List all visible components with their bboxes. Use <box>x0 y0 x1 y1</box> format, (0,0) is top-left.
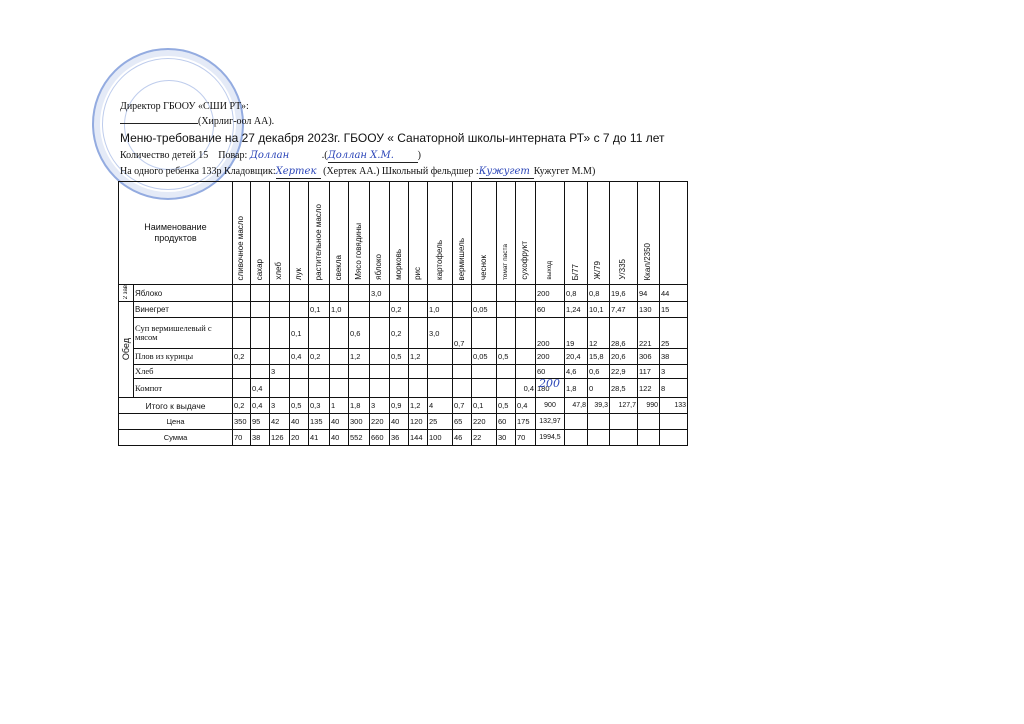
cell <box>330 365 349 379</box>
cell <box>565 414 588 430</box>
cell <box>233 379 251 398</box>
cell <box>233 302 251 318</box>
cell: 127,7 <box>610 398 638 414</box>
cell <box>428 365 453 379</box>
totals-label: Цена <box>119 414 233 430</box>
cell <box>270 285 290 302</box>
cell: 0,7 <box>453 398 472 414</box>
director-signature-line: (Хирлиг-оол АА). <box>120 116 274 128</box>
column-header: картофель <box>428 182 453 285</box>
cell: 19,6 <box>610 285 638 302</box>
cell <box>516 302 536 318</box>
cell: 135 <box>309 414 330 430</box>
cell: 36 <box>390 430 409 446</box>
cell: 117 <box>638 365 660 379</box>
cell: 306 <box>638 349 660 365</box>
cell: 38 <box>660 349 688 365</box>
table-row: 2 завЯблоко3,02000,80,819,69444 <box>119 285 688 302</box>
cell <box>290 379 309 398</box>
cell <box>472 365 497 379</box>
cell <box>497 285 516 302</box>
meal-group-label: 2 зав <box>119 285 134 302</box>
cell: 1,2 <box>409 398 428 414</box>
cell: 990 <box>638 398 660 414</box>
table-row: Компот0,40,41802001,8028,51228 <box>119 379 688 398</box>
cell <box>428 379 453 398</box>
column-header <box>660 182 688 285</box>
cell <box>610 414 638 430</box>
column-header: Ж/79 <box>588 182 610 285</box>
cell <box>516 365 536 379</box>
cell <box>309 318 330 349</box>
cell: 40 <box>330 414 349 430</box>
cell <box>270 318 290 349</box>
cell <box>233 318 251 349</box>
children-cook-line: Количество детей 15 Повар: Доллан .(Долл… <box>120 150 421 163</box>
cell <box>497 318 516 349</box>
table-row: Хлеб3604,60,622,91173 <box>119 365 688 379</box>
cell: 0,8 <box>588 285 610 302</box>
storekeeper-signature: Хертек <box>276 166 321 179</box>
column-header: растительное масло <box>309 182 330 285</box>
cell: 1994,5 <box>536 430 565 446</box>
cell <box>428 349 453 365</box>
medic-signature: Кужугет <box>479 166 534 179</box>
cell: 900 <box>536 398 565 414</box>
medic-name: Кужугет М.М) <box>534 166 596 177</box>
cell: 1,24 <box>565 302 588 318</box>
cell <box>309 285 330 302</box>
cell: 25 <box>428 414 453 430</box>
cell: 19 <box>565 318 588 349</box>
cook-name: Доллан Х.М. <box>328 150 418 163</box>
cell: 8 <box>660 379 688 398</box>
cell <box>309 379 330 398</box>
cell: 100 <box>428 430 453 446</box>
column-header: свекла <box>330 182 349 285</box>
cell: 0,5 <box>497 349 516 365</box>
cell: 0,4 <box>290 349 309 365</box>
cell: 3,0 <box>370 285 390 302</box>
cell: 0,2 <box>390 318 409 349</box>
cell <box>497 302 516 318</box>
totals-row: Итого к выдаче0,20,430,50,311,830,91,240… <box>119 398 688 414</box>
cell <box>660 430 688 446</box>
cell: 0,05 <box>472 302 497 318</box>
cell: 0,2 <box>233 349 251 365</box>
cell: 0,4 <box>516 379 536 398</box>
cell <box>251 349 270 365</box>
cell: 200 <box>536 349 565 365</box>
cell <box>453 285 472 302</box>
cell <box>638 430 660 446</box>
cell: 0,4 <box>251 398 270 414</box>
director-name: (Хирлиг-оол АА). <box>198 116 274 127</box>
cell: 133 <box>660 398 688 414</box>
cell: 220 <box>370 414 390 430</box>
cell: 126 <box>270 430 290 446</box>
storekeeper-label: Кладовщик: <box>224 166 276 177</box>
cell: 25 <box>660 318 688 349</box>
cell <box>251 318 270 349</box>
cell <box>428 285 453 302</box>
cell: 28,5 <box>610 379 638 398</box>
cook-signature: Доллан <box>250 150 289 161</box>
column-header: чеснок <box>472 182 497 285</box>
cell <box>453 349 472 365</box>
cell: 0,5 <box>497 398 516 414</box>
cell: 0,6 <box>349 318 370 349</box>
dish-name: Яблоко <box>134 285 233 302</box>
cell <box>409 379 428 398</box>
signatures-line: На одного ребенка 133р Кладовщик:Хертек … <box>120 166 595 179</box>
cook-label: Повар: <box>218 150 247 161</box>
column-header: рис <box>409 182 428 285</box>
cell: 1,2 <box>409 349 428 365</box>
column-header: яблоко <box>370 182 390 285</box>
cell <box>453 365 472 379</box>
cell <box>370 379 390 398</box>
cell: 1,8 <box>349 398 370 414</box>
cell: 660 <box>370 430 390 446</box>
cell: 47,8 <box>565 398 588 414</box>
cell <box>370 349 390 365</box>
cell: 40 <box>290 414 309 430</box>
cell <box>565 430 588 446</box>
cell: 0,5 <box>290 398 309 414</box>
cell: 20,4 <box>565 349 588 365</box>
per-child-cost: На одного ребенка 133р <box>120 166 222 177</box>
cell: 0,2 <box>390 302 409 318</box>
cell <box>270 302 290 318</box>
totals-row: Цена350954240135403002204012025652206017… <box>119 414 688 430</box>
cell <box>516 318 536 349</box>
cell <box>390 379 409 398</box>
column-header-name: Наименование продуктов <box>119 182 233 285</box>
cell <box>270 349 290 365</box>
cell <box>370 365 390 379</box>
column-header: Мясо говядины <box>349 182 370 285</box>
cell <box>349 285 370 302</box>
cell <box>588 414 610 430</box>
column-header: У/335 <box>610 182 638 285</box>
cell <box>610 430 638 446</box>
cell <box>309 365 330 379</box>
cell: 94 <box>638 285 660 302</box>
cell: 0,2 <box>233 398 251 414</box>
cell: 60 <box>497 414 516 430</box>
cell: 120 <box>409 414 428 430</box>
column-header: сахар <box>251 182 270 285</box>
cell <box>497 379 516 398</box>
cell: 3 <box>270 398 290 414</box>
cell <box>409 285 428 302</box>
column-header: выход <box>536 182 565 285</box>
dish-name: Винегрет <box>134 302 233 318</box>
cell: 122 <box>638 379 660 398</box>
table-row: Суп вермишелевый с мясом0,10,60,23,00,72… <box>119 318 688 349</box>
table-row: Плов из курицы0,20,40,21,20,51,20,050,52… <box>119 349 688 365</box>
totals-label: Сумма <box>119 430 233 446</box>
cell: 175 <box>516 414 536 430</box>
cell: 70 <box>233 430 251 446</box>
cell: 552 <box>349 430 370 446</box>
cell: 3 <box>660 365 688 379</box>
storekeeper-name: (Хертек АА.) <box>323 166 379 177</box>
cell: 95 <box>251 414 270 430</box>
cell: 39,3 <box>588 398 610 414</box>
cell: 200 <box>536 285 565 302</box>
cell: 44 <box>660 285 688 302</box>
cell: 40 <box>390 414 409 430</box>
column-header: томат паста <box>497 182 516 285</box>
cell <box>390 365 409 379</box>
cell: 12 <box>588 318 610 349</box>
cell: 221 <box>638 318 660 349</box>
cell: 180200 <box>536 379 565 398</box>
cell <box>409 302 428 318</box>
cell: 1,8 <box>565 379 588 398</box>
cell: 65 <box>453 414 472 430</box>
cell: 1,0 <box>330 302 349 318</box>
cell <box>516 285 536 302</box>
cell: 38 <box>251 430 270 446</box>
cell: 20,6 <box>610 349 638 365</box>
cell <box>349 379 370 398</box>
cell: 220 <box>472 414 497 430</box>
cell: 70 <box>516 430 536 446</box>
column-header: вермишель <box>453 182 472 285</box>
cell: 0,1 <box>472 398 497 414</box>
column-header: морковь <box>390 182 409 285</box>
cell: 10,1 <box>588 302 610 318</box>
cell <box>472 379 497 398</box>
meal-group-label: Обед <box>119 302 134 398</box>
cell <box>330 285 349 302</box>
cell: 1 <box>330 398 349 414</box>
cell <box>453 302 472 318</box>
cell <box>233 285 251 302</box>
cell <box>516 349 536 365</box>
cell <box>270 379 290 398</box>
dish-name: Плов из курицы <box>134 349 233 365</box>
totals-label: Итого к выдаче <box>119 398 233 414</box>
cell <box>472 318 497 349</box>
column-header: Б/77 <box>565 182 588 285</box>
cell: 0,1 <box>309 302 330 318</box>
cell: 0,1 <box>290 318 309 349</box>
cell: 22 <box>472 430 497 446</box>
column-header: лук <box>290 182 309 285</box>
cell: 41 <box>309 430 330 446</box>
cell: 42 <box>270 414 290 430</box>
cell <box>409 365 428 379</box>
document-title: Меню-требование на 27 декабря 2023г. ГБО… <box>120 131 664 145</box>
cell <box>370 318 390 349</box>
cell: 28,6 <box>610 318 638 349</box>
cell <box>349 302 370 318</box>
cell: 46 <box>453 430 472 446</box>
cell: 300 <box>349 414 370 430</box>
cell: 350 <box>233 414 251 430</box>
dish-name: Хлеб <box>134 365 233 379</box>
cell: 60 <box>536 365 565 379</box>
cell <box>660 414 688 430</box>
cell <box>330 379 349 398</box>
cell: 3,0 <box>428 318 453 349</box>
cell: 200 <box>536 318 565 349</box>
dish-name: Суп вермишелевый с мясом <box>134 318 233 349</box>
cell: 0 <box>588 379 610 398</box>
cell: 144 <box>409 430 428 446</box>
table-row: ОбедВинегрет0,11,00,21,00,05601,2410,17,… <box>119 302 688 318</box>
cell <box>290 302 309 318</box>
menu-requirement-table: Наименование продуктовсливочное маслосах… <box>118 181 688 446</box>
cell: 0,8 <box>565 285 588 302</box>
medic-label: Школьный фельдшер : <box>382 166 479 177</box>
cell <box>251 365 270 379</box>
cell: 15 <box>660 302 688 318</box>
cell: 7,47 <box>610 302 638 318</box>
cell: 1,0 <box>428 302 453 318</box>
cell: 0,6 <box>588 365 610 379</box>
cell <box>290 365 309 379</box>
cell <box>453 379 472 398</box>
cell <box>330 318 349 349</box>
cell: 3 <box>370 398 390 414</box>
cell: 15,8 <box>588 349 610 365</box>
dish-name: Компот <box>134 379 233 398</box>
cell: 30 <box>497 430 516 446</box>
cell: 0,05 <box>472 349 497 365</box>
cell: 0,4 <box>516 398 536 414</box>
cell: 0,2 <box>309 349 330 365</box>
cell <box>251 302 270 318</box>
cell <box>370 302 390 318</box>
column-header: сухофрукт <box>516 182 536 285</box>
cell <box>251 285 270 302</box>
cell: 132,97 <box>536 414 565 430</box>
cell: 0,9 <box>390 398 409 414</box>
column-header: сливочное масло <box>233 182 251 285</box>
cell <box>497 365 516 379</box>
cell: 0,7 <box>453 318 472 349</box>
cell <box>472 285 497 302</box>
cell: 3 <box>270 365 290 379</box>
cell: 22,9 <box>610 365 638 379</box>
cell: 20 <box>290 430 309 446</box>
cell: 0,5 <box>390 349 409 365</box>
director-line: Директор ГБООУ «СШИ РТ»: <box>120 101 249 113</box>
cell <box>349 365 370 379</box>
cell <box>638 414 660 430</box>
cell: 40 <box>330 430 349 446</box>
cell: 0,3 <box>309 398 330 414</box>
column-header: Ккал/2350 <box>638 182 660 285</box>
cell: 4 <box>428 398 453 414</box>
cell <box>233 365 251 379</box>
totals-row: Сумма70381262041405526603614410046223070… <box>119 430 688 446</box>
cell <box>409 318 428 349</box>
cell <box>588 430 610 446</box>
cell: 60 <box>536 302 565 318</box>
children-count: Количество детей 15 <box>120 150 208 161</box>
cell <box>330 349 349 365</box>
cell <box>390 285 409 302</box>
handwritten-correction: 200 <box>539 379 560 391</box>
cell: 0,4 <box>251 379 270 398</box>
cell: 130 <box>638 302 660 318</box>
cell <box>290 285 309 302</box>
cell: 1,2 <box>349 349 370 365</box>
column-header: хлеб <box>270 182 290 285</box>
cell: 4,6 <box>565 365 588 379</box>
